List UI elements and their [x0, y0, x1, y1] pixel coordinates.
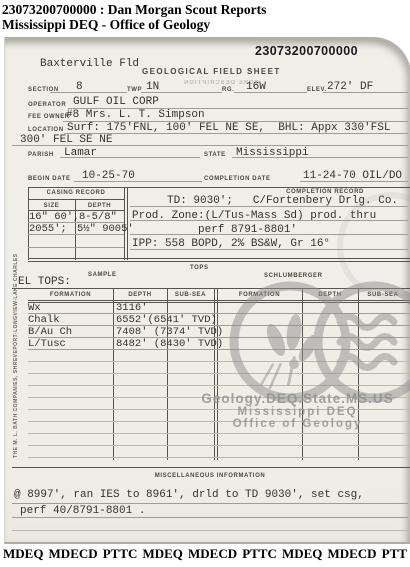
parish-label: PARISH [28, 152, 54, 158]
formation-depth: 8482' (8430' TVD) [116, 338, 223, 350]
misc-rule [12, 517, 408, 518]
footer-word: MDECD [327, 546, 376, 562]
formation-name: B/Au Ch [28, 326, 72, 338]
field-rule [234, 92, 307, 93]
formation-name: L/Tusc [28, 338, 66, 350]
misc-line-1: @ 8997', ran IES to 8961', drld to TD 90… [14, 489, 364, 501]
printer-imprint: THE M. L. BATH COMPANIES, SHREVEPORT-LON… [13, 253, 19, 458]
field-rule [232, 157, 408, 158]
casing-rule [28, 247, 124, 248]
field-rule [74, 181, 202, 182]
misc-border [12, 467, 410, 468]
fee-owner-label: FEE OWNER [28, 114, 70, 120]
form-title: GEOLOGICAL FIELD SHEET [142, 67, 281, 76]
state-label: STATE [204, 152, 226, 158]
plant-icon [259, 313, 321, 389]
row-line [28, 457, 410, 458]
footer-word: PTT [382, 546, 407, 562]
footer-word: MDEQ [3, 546, 43, 562]
misc-rule [12, 503, 408, 504]
tops-heading: TOPS [190, 265, 209, 271]
page-subtitle: Mississippi DEQ - Office of Geology [2, 17, 210, 33]
formation-name: Chalk [28, 314, 60, 326]
casing-col-size: SIZE [28, 203, 75, 209]
field-rule [60, 157, 200, 158]
watermark-url: Geology.DEQ.State.MS.US [190, 391, 405, 406]
sample-heading: SAMPLE [88, 272, 117, 278]
footer-word: PTTC [242, 546, 277, 562]
footer-word: MDECD [188, 546, 237, 562]
field-rule [300, 181, 408, 182]
col-formation-left: FORMATION [28, 292, 113, 298]
misc-rule [12, 530, 408, 531]
fee-owner-value: #8 Mrs. L. T. Simpson [66, 109, 205, 121]
field-rule [12, 145, 408, 146]
row-line [28, 445, 410, 446]
rg-label: RG. [222, 87, 234, 93]
casing-divider [75, 199, 76, 260]
formation-name: Wx [28, 302, 41, 314]
field-rule [64, 133, 408, 134]
operator-label: OPERATOR [28, 102, 66, 108]
scout-report-page: 23073200700000 : Dan Morgan Scout Report… [0, 0, 410, 567]
row-line [28, 433, 410, 434]
field-rule [323, 92, 408, 93]
page-title: 23073200700000 : Dan Morgan Scout Report… [2, 2, 266, 18]
formation-depth: 6552'(6541' TVD) [116, 314, 217, 326]
field-name: Baxterville Fld [40, 58, 139, 70]
el-tops-note: EL TOPS: [18, 276, 71, 288]
casing-col-depth: DEPTH [75, 203, 124, 209]
twp-label: TWP [127, 87, 142, 93]
footer-word: MDEQ [142, 546, 182, 562]
location-label: LOCATION [28, 127, 64, 133]
begin-date-label: BEGIN DATE [28, 176, 71, 182]
col-subsea-left: SUB-SEA [167, 292, 214, 298]
watermark-text: Geology.DEQ.State.MS.US Mississippi DEQ … [190, 391, 405, 430]
misc-title: MISCELLANEOUS INFORMATION [90, 473, 330, 479]
well-number-stamp: 23073200700000 [255, 44, 358, 58]
casing-rule [28, 199, 124, 200]
formation-depth: 7408' (7374' TVD) [116, 326, 223, 338]
casing-rule [28, 234, 124, 235]
footer-word: MDECD [49, 546, 98, 562]
footer-word: MDEQ [282, 546, 322, 562]
field-rule [50, 92, 127, 93]
field-rule [141, 92, 222, 93]
casing-record-title: CASING RECORD [28, 190, 124, 196]
misc-line-2: perf 40/8791-8801 . [20, 505, 145, 517]
watermark-office: Office of Geology [190, 418, 405, 430]
footer-tags: MDEQ MDECD PTTC MDEQ MDECD PTTC MDEQ MDE… [0, 546, 410, 562]
completion-date-label: COMPLETION DATE [204, 176, 271, 182]
watermark-agency: Mississippi DEQ [190, 406, 405, 418]
operator-value: GULF OIL CORP [73, 96, 159, 108]
formation-depth: 3116' [116, 302, 148, 314]
box-border [28, 187, 410, 188]
footer-word: PTTC [103, 546, 138, 562]
col-depth-left: DEPTH [113, 292, 167, 298]
